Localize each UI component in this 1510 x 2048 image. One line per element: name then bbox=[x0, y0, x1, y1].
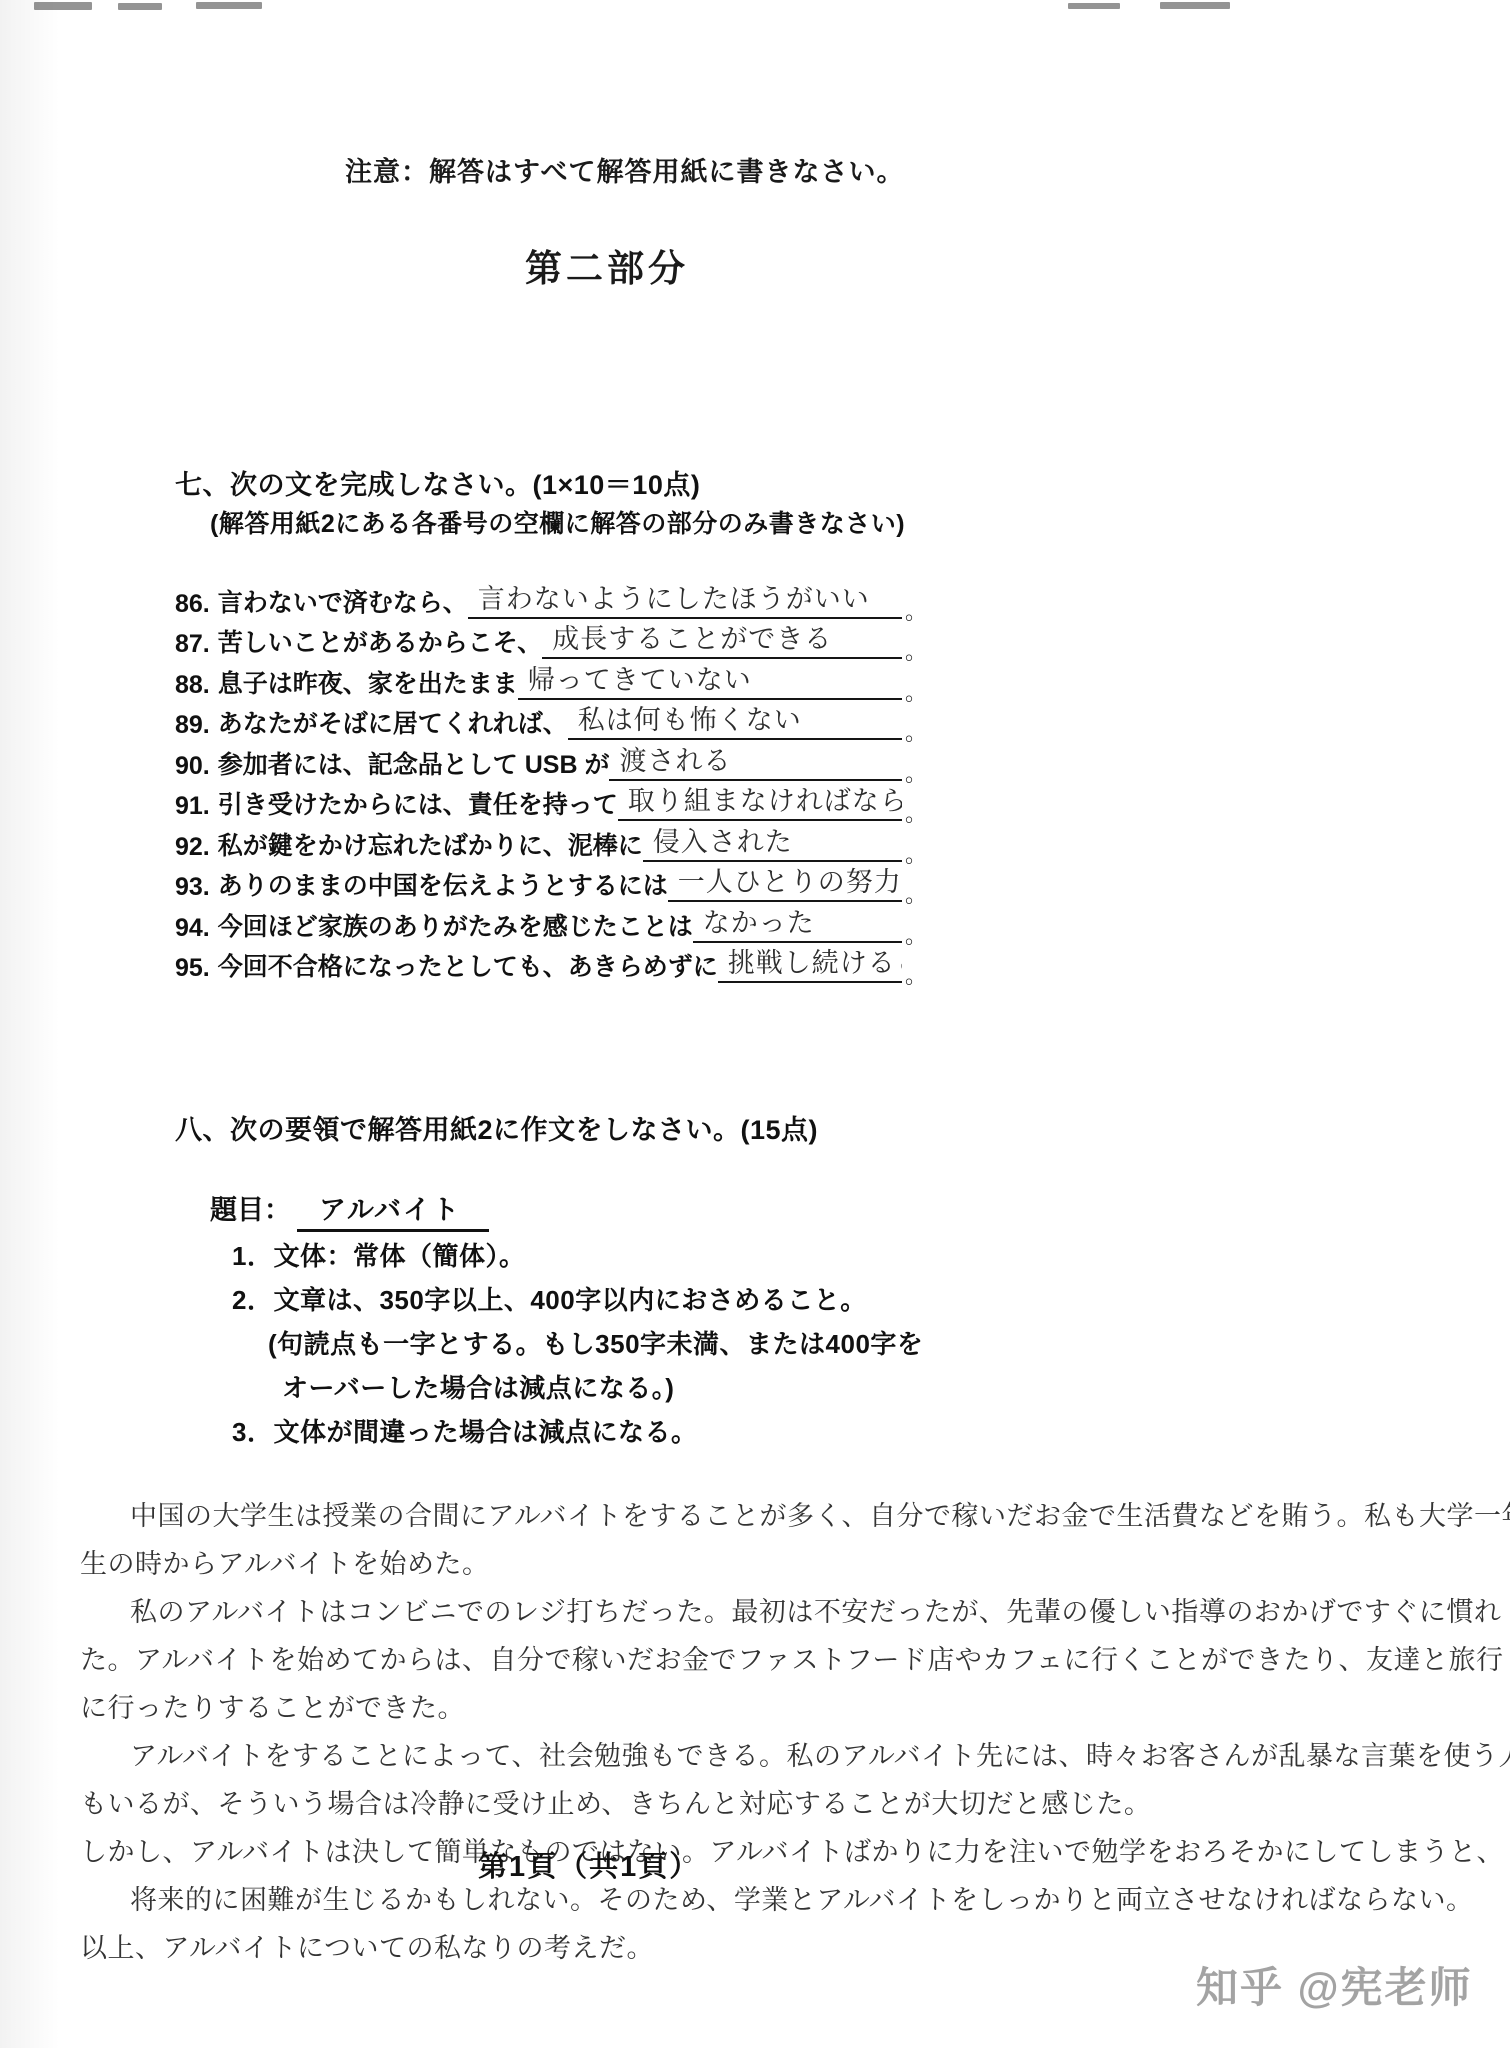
question-stem: あなたがそばに居てくれれば、 bbox=[218, 704, 568, 740]
scanned-exam-page: 注意：解答はすべて解答用紙に書きなさい。 第二部分 七、次の文を完成しなさい。(… bbox=[0, 0, 1510, 2048]
question-row-87: 87. 苦しいことがあるからこそ、 成長することができる 。 bbox=[175, 619, 927, 660]
essay-line: 生の時からアルバイトを始めた。 bbox=[80, 1540, 1465, 1588]
question-row-94: 94. 今回ほど家族のありがたみを感じたことは なかった 。 bbox=[175, 902, 927, 943]
scan-artifact bbox=[1160, 2, 1230, 9]
sentence-period: 。 bbox=[905, 838, 927, 869]
sentence-period: 。 bbox=[905, 757, 927, 788]
answer-blank-line: 取り組まなければならない bbox=[618, 779, 902, 821]
handwritten-answer: なかった bbox=[703, 908, 815, 938]
scan-artifact bbox=[1068, 3, 1120, 9]
sentence-period: 。 bbox=[905, 919, 927, 950]
exam-notice: 注意：解答はすべて解答用紙に書きなさい。 bbox=[345, 150, 904, 189]
sentence-period: 。 bbox=[905, 878, 927, 909]
question-stem: ありのままの中国を伝えようとするには bbox=[218, 866, 668, 902]
sample-essay: 中国の大学生は授業の合間にアルバイトをすることが多く、自分で稼いだお金で生活費な… bbox=[80, 1492, 1465, 1972]
essay-rule-2-note-line2: オーバーした場合は減点になる。) bbox=[282, 1368, 674, 1405]
essay-rule-2: 2．文章は、350字以上、400字以内におさめること。 bbox=[232, 1280, 867, 1317]
essay-rule-3: 3．文体が間違った場合は減点になる。 bbox=[232, 1412, 697, 1449]
question-number: 92. bbox=[175, 833, 210, 862]
handwritten-answer: 帰ってきていない bbox=[528, 665, 752, 695]
question-number: 91. bbox=[175, 792, 210, 821]
scan-artifact bbox=[118, 3, 162, 10]
question-stem: 息子は昨夜、家を出たまま bbox=[218, 664, 518, 700]
answer-blank-line: 帰ってきていない bbox=[518, 658, 902, 700]
essay-line: 私のアルバイトはコンビニでのレジ打ちだった。最初は不安だったが、先輩の優しい指導… bbox=[80, 1588, 1465, 1636]
question-number: 90. bbox=[175, 752, 210, 781]
essay-line: 将来的に困難が生じるかもしれない。そのため、学業とアルバイトをしっかりと両立させ… bbox=[80, 1876, 1465, 1924]
section8-heading: 八、次の要領で解答用紙2に作文をしなさい。(15点) bbox=[175, 1108, 818, 1147]
question-stem: 言わないで済むなら、 bbox=[218, 583, 468, 619]
handwritten-answer: 一人ひとりの努力が必要だ bbox=[678, 867, 902, 897]
question-row-89: 89. あなたがそばに居てくれれば、 私は何も怖くない 。 bbox=[175, 700, 927, 741]
question-number: 93. bbox=[175, 873, 210, 902]
page-number-footer: 第1頁（共1頁） bbox=[478, 1844, 700, 1885]
essay-title-value: アルバイト bbox=[297, 1188, 489, 1232]
essay-line: アルバイトをすることによって、社会勉強もできる。私のアルバイト先には、時々お客さ… bbox=[80, 1732, 1465, 1780]
scan-artifact bbox=[34, 2, 92, 10]
handwritten-answer: 言わないようにしたほうがいい bbox=[478, 584, 870, 614]
question-row-90: 90. 参加者には、記念品として USB が 渡される 。 bbox=[175, 740, 927, 781]
question-number: 94. bbox=[175, 914, 210, 943]
essay-line: に行ったりすることができた。 bbox=[80, 1684, 1465, 1732]
essay-line: もいるが、そういう場合は冷静に受け止め、きちんと対応することが大切だと感じた。 bbox=[80, 1780, 1465, 1828]
part-title: 第二部分 bbox=[525, 238, 689, 292]
handwritten-answer: 渡される bbox=[619, 746, 731, 776]
question-number: 95. bbox=[175, 954, 210, 983]
question-stem: 今回ほど家族のありがたみを感じたことは bbox=[218, 907, 693, 943]
sentence-period: 。 bbox=[905, 595, 927, 626]
sentence-period: 。 bbox=[905, 635, 927, 666]
question-number: 89. bbox=[175, 711, 210, 740]
question-stem: 今回不合格になったとしても、あきらめずに bbox=[218, 947, 718, 983]
question-number: 88. bbox=[175, 671, 210, 700]
fill-in-question-list: 86. 言わないで済むなら、 言わないようにしたほうがいい 。 87. 苦しいこ… bbox=[175, 578, 927, 983]
essay-title-label: 題目： bbox=[210, 1195, 291, 1225]
essay-line: しかし、アルバイトは決して簡単なものではない。アルバイトばかりに力を注いで勉学を… bbox=[80, 1828, 1465, 1876]
question-row-95: 95. 今回不合格になったとしても、あきらめずに 挑戦し続けることが大事だ 。 bbox=[175, 943, 927, 984]
question-row-92: 92. 私が鍵をかけ忘れたばかりに、泥棒に 侵入された 。 bbox=[175, 821, 927, 862]
handwritten-answer: 侵入された bbox=[653, 827, 793, 857]
answer-blank-line: 私は何も怖くない bbox=[568, 698, 902, 740]
answer-blank-line: 侵入された bbox=[643, 820, 902, 862]
handwritten-answer: 取り組まなければならない bbox=[628, 786, 902, 816]
question-stem: 私が鍵をかけ忘れたばかりに、泥棒に bbox=[218, 826, 643, 862]
question-row-88: 88. 息子は昨夜、家を出たまま 帰ってきていない 。 bbox=[175, 659, 927, 700]
question-number: 87. bbox=[175, 630, 210, 659]
sentence-period: 。 bbox=[905, 959, 927, 990]
answer-blank-line: 言わないようにしたほうがいい bbox=[468, 577, 902, 619]
handwritten-answer: 成長することができる bbox=[552, 624, 832, 654]
essay-line: 中国の大学生は授業の合間にアルバイトをすることが多く、自分で稼いだお金で生活費な… bbox=[80, 1492, 1465, 1540]
question-row-91: 91. 引き受けたからには、責任を持って 取り組まなければならない 。 bbox=[175, 781, 927, 822]
question-row-93: 93. ありのままの中国を伝えようとするには 一人ひとりの努力が必要だ 。 bbox=[175, 862, 927, 903]
answer-blank-line: なかった bbox=[693, 901, 902, 943]
zhihu-watermark: 知乎 @宪老师 bbox=[1196, 1955, 1473, 2015]
sentence-period: 。 bbox=[905, 797, 927, 828]
answer-blank-line: 渡される bbox=[609, 739, 902, 781]
answer-blank-line: 挑戦し続けることが大事だ bbox=[718, 941, 902, 983]
essay-rule-1: 1．文体：常体（簡体）。 bbox=[232, 1236, 525, 1273]
essay-line: た。アルバイトを始めてからは、自分で稼いだお金でファストフード店やカフェに行くこ… bbox=[80, 1636, 1465, 1684]
section7-heading: 七、次の文を完成しなさい。(1×10＝10点) bbox=[175, 463, 700, 502]
essay-rule-2-note-line1: (句読点も一字とする。もし350字未満、または400字を bbox=[268, 1324, 923, 1361]
question-stem: 参加者には、記念品として USB が bbox=[218, 745, 610, 781]
question-number: 86. bbox=[175, 590, 210, 619]
sentence-period: 。 bbox=[905, 716, 927, 747]
question-stem: 引き受けたからには、責任を持って bbox=[218, 785, 618, 821]
essay-title-row: 題目：アルバイト bbox=[210, 1188, 489, 1232]
answer-blank-line: 一人ひとりの努力が必要だ bbox=[668, 860, 902, 902]
handwritten-answer: 挑戦し続けることが大事だ bbox=[728, 948, 902, 978]
answer-blank-line: 成長することができる bbox=[542, 617, 902, 659]
question-row-86: 86. 言わないで済むなら、 言わないようにしたほうがいい 。 bbox=[175, 578, 927, 619]
sentence-period: 。 bbox=[905, 676, 927, 707]
section7-note: (解答用紙2にある各番号の空欄に解答の部分のみ書きなさい) bbox=[210, 504, 905, 540]
handwritten-answer: 私は何も怖くない bbox=[578, 705, 802, 735]
scan-artifact bbox=[196, 2, 262, 9]
question-stem: 苦しいことがあるからこそ、 bbox=[218, 623, 543, 659]
